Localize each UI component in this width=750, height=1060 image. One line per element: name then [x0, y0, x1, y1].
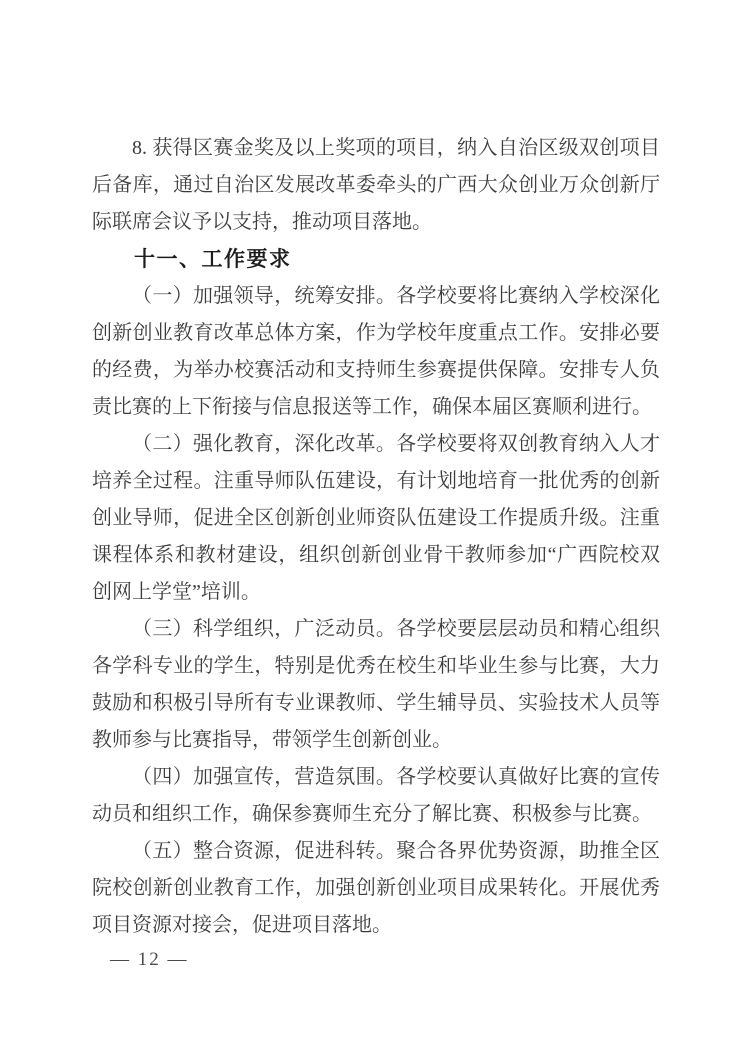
paragraph-5-integrate-resources: （五）整合资源，促进科转。聚合各界优势资源，助推全区院校创新创业教育工作，加强创…: [92, 833, 660, 944]
document-page: 8. 获得区赛金奖及以上奖项的项目，纳入自治区级双创项目后备库，通过自治区发展改…: [0, 0, 750, 1060]
paragraph-1-strengthen-leadership: （一）加强领导，统筹安排。各学校要将比赛纳入学校深化创新创业教育改革总体方案，作…: [92, 278, 660, 426]
document-body: 8. 获得区赛金奖及以上奖项的项目，纳入自治区级双创项目后备库，通过自治区发展改…: [92, 130, 660, 944]
paragraph-item-8-award-projects: 8. 获得区赛金奖及以上奖项的项目，纳入自治区级双创项目后备库，通过自治区发展改…: [92, 130, 660, 241]
paragraph-3-scientific-organization: （三）科学组织，广泛动员。各学校要层层动员和精心组织各学科专业的学生，特别是优秀…: [92, 611, 660, 759]
paragraph-4-strengthen-publicity: （四）加强宣传，营造氛围。各学校要认真做好比赛的宣传动员和组织工作，确保参赛师生…: [92, 759, 660, 833]
paragraph-2-strengthen-education: （二）强化教育，深化改革。各学校要将双创教育纳入人才培养全过程。注重导师队伍建设…: [92, 426, 660, 611]
section-heading-work-requirements: 十一、工作要求: [92, 241, 660, 278]
page-number: — 12 —: [110, 946, 189, 974]
